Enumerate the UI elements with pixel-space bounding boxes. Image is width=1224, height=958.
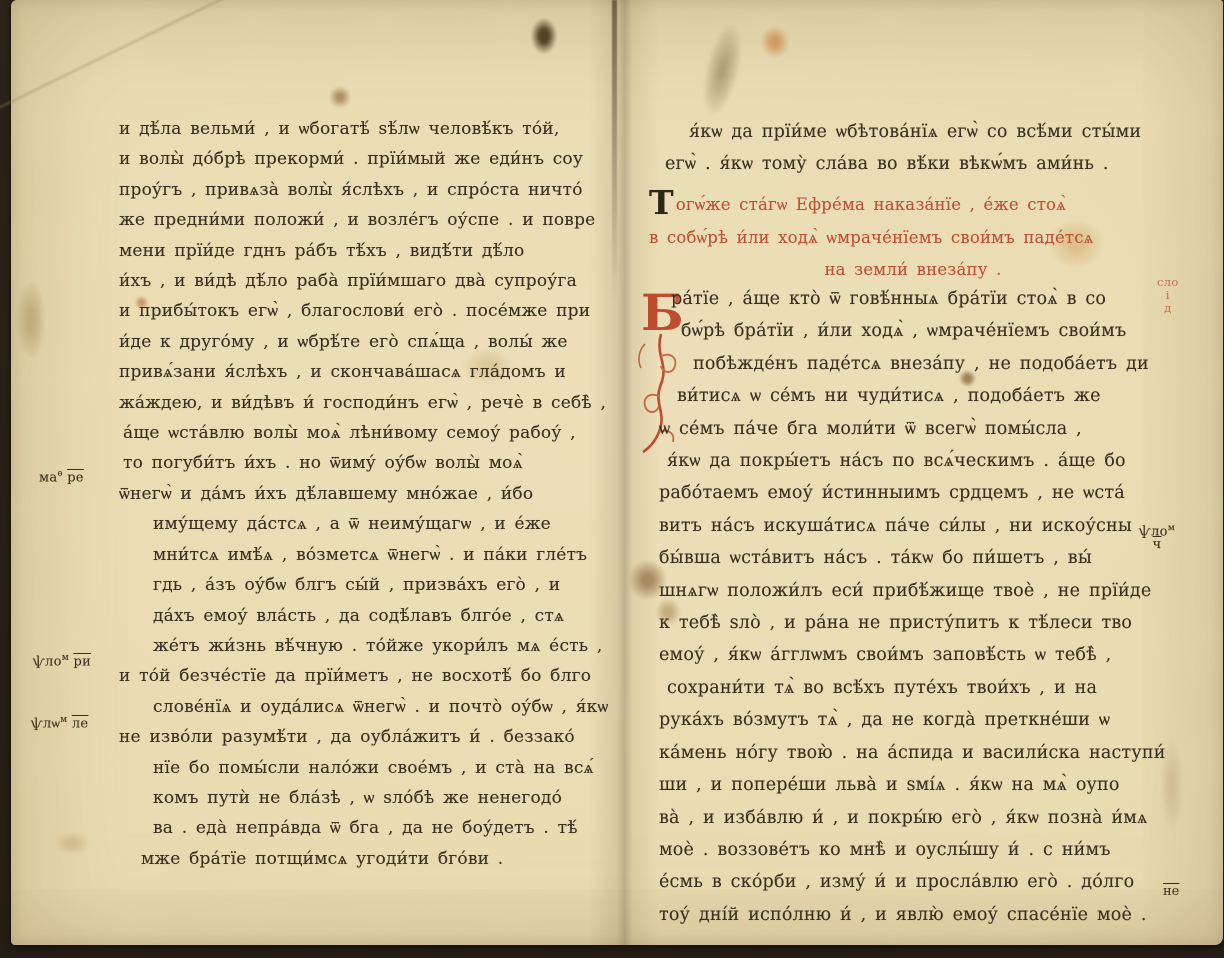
note-sup: м [62,653,69,663]
text-line: бѡ́рѣ бра́тїи , и́ли ходѧ̀ , ѡмраче́нїем… [659,315,1183,347]
note-number: ри [73,654,91,669]
margin-note-matthew: маѳ ре [39,468,84,484]
note-sup: м [1168,523,1175,533]
text-line: и́де к друго́му , и ѡбрѣ́те его̀ спѧ́ща … [119,327,615,357]
heading-line: Тогѡ́же ста́гѡ Ефре́ма наказа́нїе , е́же… [649,189,1177,222]
text-line: проу́гъ , привѧза̀ волы̀ я́слѣхъ , и спр… [119,175,615,205]
text-line: сохрани́ти тѧ̀ во всѣ́хъ путе́хъ твои́хъ… [659,672,1183,704]
catchword: не [1163,884,1179,899]
text-line: мже бра́тїе потщи́мсѧ угоди́ти бго́ви . [119,844,615,874]
text-line: побѣжде́нъ паде́тсѧ внеза́пу , не подоба… [659,348,1183,380]
text-line: егѡ̀ . я́кѡ тому̀ сла́ва во вѣ́ки вѣкѡ́м… [659,148,1183,180]
margin-note-red: сло і д [1157,276,1179,315]
text-line: ва . еда̀ непра́вда ѿ бга , да не боу́де… [119,813,615,843]
text-line: я́кѡ да прїи́ме ѡбѣтова́нїѧ егѡ̀ со всѣ́… [659,116,1183,148]
text-line: ви́тисѧ ѡ се́мъ ни чуди́тисѧ , подоба́ет… [659,380,1183,412]
text-line: тоу́ дні́й испо́лню и́ , и явлю̀ емоу́ с… [659,899,1183,931]
text-line: иму́щему да́стсѧ , а ѿ неиму́щагѡ , и е́… [119,509,615,539]
ink-stain [531,18,557,54]
text-line: жа́ждею, и ви́дѣвъ и́ господи́нъ егѡ̀ , … [119,388,615,418]
text-line: емоу́ , я́кѡ а́гглѡмъ свои́мъ заповѣ́сть… [659,639,1183,671]
text-line: же́тъ жи́знь вѣ́чную . то́йже укори́лъ м… [119,631,615,661]
text-line: рабо́таемъ емоу́ и́стинныимъ срдцемъ , н… [659,477,1183,509]
text-line: ѡ се́мъ па́че бга моли́ти ѿ всегѡ̀ помы́… [659,413,1183,445]
text-line: к тебѣ̀ ѕло̀ , и ра́на не присту́питъ к … [659,607,1183,639]
text-line: ка́мень но́гу твою̀ . на а́спида и васил… [659,737,1183,769]
stain [329,86,351,108]
text-line: рука́хъ во́змутъ тѧ̀ , да не когда̀ прет… [659,704,1183,736]
margin-note-psalm-108: ѱлом ри [33,652,91,668]
heading-line: в собѡ́рѣ и́ли ходѧ̀ ѡмраче́нїемъ свои́м… [649,222,1177,255]
text-line: да́хъ емоу́ вла́сть , да содѣ́лавъ блго́… [119,601,615,631]
text-line: и то́й безче́стїе да прїи́метъ , не восх… [119,661,615,691]
note-word: ѱлѡ [31,716,60,731]
text-line: бы́вша ѡста́витъ на́съ . та́кѡ бо пи́шет… [659,542,1183,574]
text-line: и́хъ , и ви́дѣ дѣ́ло раба̀ прїи́мшаго дв… [119,266,615,296]
heading-text: огѡ́же ста́гѡ Ефре́ма наказа́нїе , е́же … [676,195,1066,214]
note-number: ре [67,470,84,485]
text-line: не изво́ли разумѣ́ти , да оубла́житъ и́ … [119,722,615,752]
note-number: ч [1139,538,1175,551]
text-line: привѧ́зани я́слѣхъ , и скончава́шасѧ гла… [119,357,615,387]
stain [761,26,789,58]
text-line: ѿнегѡ̀ и да́мъ и́хъ дѣ́лавшему мно́жае ,… [119,479,615,509]
stain [17,282,45,358]
text-line: то погуби́тъ и́хъ . но ѿиму́ оу́бѡ волы̀… [119,448,615,478]
note-word: ѱло [33,654,62,669]
text-line: гдь , а́зъ оу́бѡ блгъ сы́й , призва́хъ е… [119,570,615,600]
note-number: д [1157,302,1179,315]
text-line: мни́тсѧ имѣ́ѧ , во́зметсѧ ѿнегѡ̀ . и па́… [119,540,615,570]
text-line: ши , и попере́ши льва̀ и ѕмі́ѧ . я́кѡ на… [659,769,1183,801]
book-photo: и дѣ́ла вельми́ , и ѡбогатѣ́ ѕѣ́лѡ челов… [0,0,1224,958]
margin-note-psalm-35: ѱлѡм ле [31,714,88,730]
left-page-text: и дѣ́ла вельми́ , и ѡбогатѣ́ ѕѣ́лѡ челов… [119,114,615,874]
right-page-intro-text: я́кѡ да прїи́ме ѡбѣтова́нїѧ егѡ̀ со всѣ́… [659,116,1183,181]
paper-crease [0,0,228,111]
text-line: ра́тїе , а́ще кто̀ ѿ говѣ́нныѧ бра́тїи с… [659,283,1183,315]
text-line: е́смь в ско́рби , изму́ и́ и просла́влю … [659,866,1183,898]
section-heading: Тогѡ́же ста́гѡ Ефре́ма наказа́нїе , е́же… [649,189,1177,287]
text-line: комъ путѝ не бла́зѣ , ѡ ѕло́бѣ же ненего… [119,783,615,813]
text-line: же предни́ми положи́ , и возле́гъ оу́спе… [119,205,615,235]
text-line: шнѧгѡ положи́лъ еси́ прибѣ́жище твоѐ , н… [659,575,1183,607]
text-line: и волы̀ до́брѣ прекорми́ . прїи́мый же е… [119,144,615,174]
text-line: нїе бо помы́сли нало́жи свое́мъ , и ста̀… [119,753,615,783]
margin-note-psalm-90: ѱлом ч [1139,522,1175,552]
heading-initial-letter: Т [649,183,674,222]
text-line: я́кѡ да покры́етъ на́съ по всѧ́ческимъ .… [659,445,1183,477]
text-line: мени прїи́де гднъ ра́бъ тѣ́хъ , видѣ́ти … [119,236,615,266]
open-book-spread: и дѣ́ла вельми́ , и ѡбогатѣ́ ѕѣ́лѡ челов… [11,0,1223,945]
text-line: ва̀ , и изба́влю и́ , и покры́ю его̀ , я… [659,802,1183,834]
note-number: ле [72,716,89,731]
note-sup: м [60,715,67,725]
text-line: и дѣ́ла вельми́ , и ѡбогатѣ́ ѕѣ́лѡ челов… [119,114,615,144]
right-page-body-text: ра́тїе , а́ще кто̀ ѿ говѣ́нныѧ бра́тїи с… [659,283,1183,931]
heading-line: на земли́ внеза́пу . [649,254,1177,287]
note-word: ма [39,470,57,485]
text-line: а́ще ѡста́влю волы̀ моѧ̀ лѣни́вому семоу… [119,418,615,448]
stain [55,832,89,854]
text-line: витъ на́съ искуша́тисѧ па́че си́лы , ни … [659,510,1183,542]
text-line: и прибы́токъ егѡ̀ , благослови́ его̀ . п… [119,296,615,326]
note-sup: ѳ [57,469,62,479]
text-line: слове́нїѧ и оуда́лисѧ ѿнегѡ̀ . и почто̀ … [119,692,615,722]
catchword-text: не [1163,884,1179,899]
text-line: моѐ . воззове́тъ ко мнѣ̀ и оуслы́шу и́ .… [659,834,1183,866]
